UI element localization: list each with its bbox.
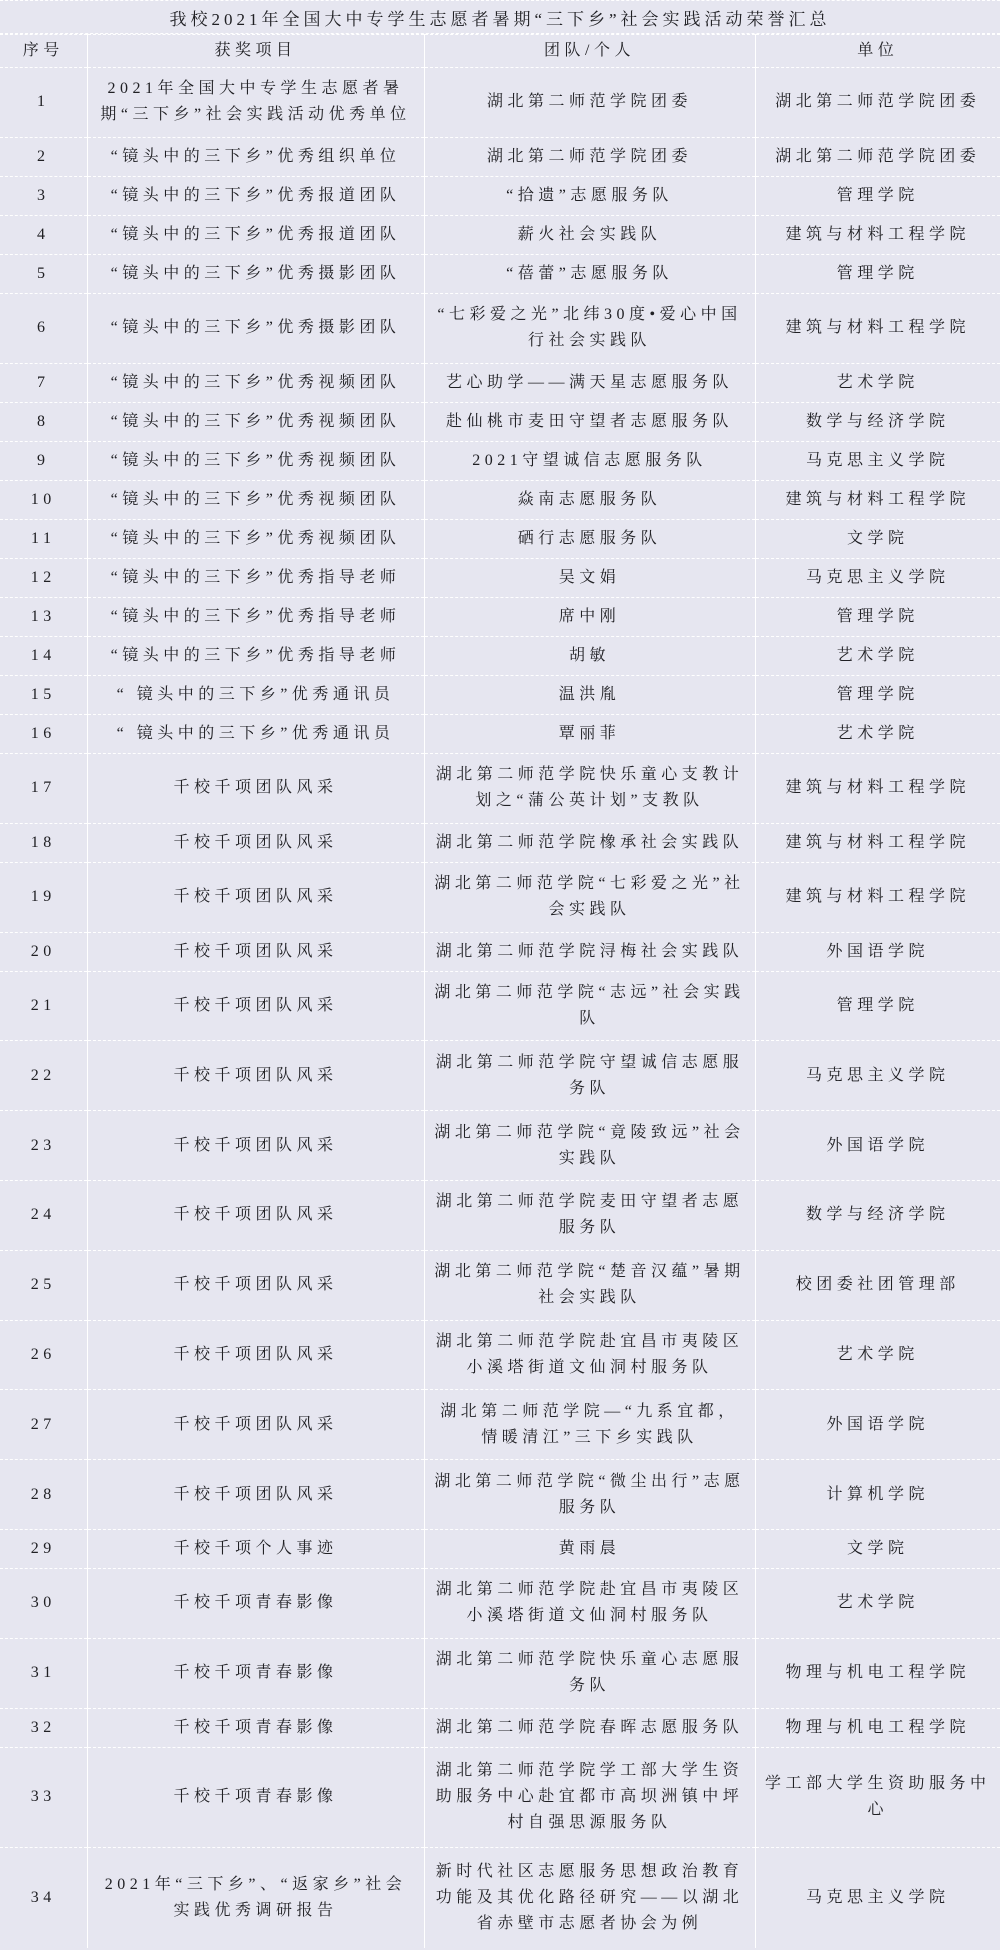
cell-team: 湖北第二师范学院“志远”社会实践队 [424, 971, 755, 1041]
cell-unit: 校团委社团管理部 [755, 1250, 1000, 1320]
page: { "page": { "title": "我校2021年全国大中专学生志愿者暑… [0, 0, 1000, 1950]
cell-seq: 24 [0, 1181, 87, 1251]
cell-unit: 艺术学院 [755, 1569, 1000, 1639]
cell-team: 胡敏 [424, 636, 755, 675]
honors-table: 序号 获奖项目 团队/个人 单位 12021年全国大中专学生志愿者暑期“三下乡”… [0, 34, 1000, 1948]
table-row: 5“镜头中的三下乡”优秀摄影团队“蓓蕾”志愿服务队管理学院 [0, 254, 1000, 293]
page-title: 我校2021年全国大中专学生志愿者暑期“三下乡”社会实践活动荣誉汇总 [0, 0, 1000, 34]
cell-unit: 马克思主义学院 [755, 1041, 1000, 1111]
cell-team: 湖北第二师范学院浔梅社会实践队 [424, 932, 755, 971]
col-header-seq: 序号 [0, 35, 87, 68]
cell-seq: 28 [0, 1460, 87, 1530]
cell-project: 千校千项团队风采 [87, 1390, 424, 1460]
table-row: 19千校千项团队风采湖北第二师范学院“七彩爱之光”社会实践队建筑与材料工程学院 [0, 862, 1000, 932]
cell-unit: 建筑与材料工程学院 [755, 215, 1000, 254]
cell-project: 千校千项青春影像 [87, 1638, 424, 1708]
cell-seq: 31 [0, 1638, 87, 1708]
cell-unit: 外国语学院 [755, 932, 1000, 971]
table-row: 4“镜头中的三下乡”优秀报道团队薪火社会实践队建筑与材料工程学院 [0, 215, 1000, 254]
cell-team: 湖北第二师范学院守望诚信志愿服务队 [424, 1041, 755, 1111]
cell-seq: 2 [0, 137, 87, 176]
cell-project: 千校千项团队风采 [87, 971, 424, 1041]
cell-team: 薪火社会实践队 [424, 215, 755, 254]
cell-project: 千校千项青春影像 [87, 1747, 424, 1848]
cell-unit: 建筑与材料工程学院 [755, 754, 1000, 824]
cell-unit: 建筑与材料工程学院 [755, 293, 1000, 363]
cell-unit: 物理与机电工程学院 [755, 1638, 1000, 1708]
cell-project: 千校千项个人事迹 [87, 1530, 424, 1569]
cell-team: “七彩爱之光”北纬30度•爱心中国行社会实践队 [424, 293, 755, 363]
cell-seq: 21 [0, 971, 87, 1041]
cell-seq: 32 [0, 1708, 87, 1747]
cell-project: “镜头中的三下乡”优秀摄影团队 [87, 254, 424, 293]
cell-unit: 外国语学院 [755, 1390, 1000, 1460]
cell-project: 千校千项团队风采 [87, 1041, 424, 1111]
cell-project: 千校千项团队风采 [87, 932, 424, 971]
cell-unit: 建筑与材料工程学院 [755, 480, 1000, 519]
cell-seq: 15 [0, 675, 87, 714]
table-row: 29千校千项个人事迹黄雨晨文学院 [0, 1530, 1000, 1569]
cell-unit: 建筑与材料工程学院 [755, 862, 1000, 932]
cell-seq: 23 [0, 1111, 87, 1181]
cell-unit: 学工部大学生资助服务中心 [755, 1747, 1000, 1848]
table-row: 11“镜头中的三下乡”优秀视频团队硒行志愿服务队文学院 [0, 519, 1000, 558]
cell-unit: 马克思主义学院 [755, 1848, 1000, 1948]
table-row: 10“镜头中的三下乡”优秀视频团队焱南志愿服务队建筑与材料工程学院 [0, 480, 1000, 519]
col-header-project: 获奖项目 [87, 35, 424, 68]
cell-project: 千校千项团队风采 [87, 754, 424, 824]
cell-team: 新时代社区志愿服务思想政治教育功能及其优化路径研究——以湖北省赤壁市志愿者协会为… [424, 1848, 755, 1948]
table-row: 15“ 镜头中的三下乡”优秀通讯员温洪胤管理学院 [0, 675, 1000, 714]
cell-team: 吴文娟 [424, 558, 755, 597]
cell-seq: 4 [0, 215, 87, 254]
cell-seq: 12 [0, 558, 87, 597]
cell-seq: 14 [0, 636, 87, 675]
cell-project: 千校千项青春影像 [87, 1569, 424, 1639]
table-row: 30千校千项青春影像湖北第二师范学院赴宜昌市夷陵区小溪塔街道文仙洞村服务队艺术学… [0, 1569, 1000, 1639]
cell-unit: 湖北第二师范学院团委 [755, 137, 1000, 176]
cell-seq: 25 [0, 1250, 87, 1320]
cell-seq: 22 [0, 1041, 87, 1111]
cell-project: “镜头中的三下乡”优秀组织单位 [87, 137, 424, 176]
cell-seq: 27 [0, 1390, 87, 1460]
cell-project: 2021年全国大中专学生志愿者暑期“三下乡”社会实践活动优秀单位 [87, 68, 424, 138]
cell-team: 湖北第二师范学院赴宜昌市夷陵区小溪塔街道文仙洞村服务队 [424, 1320, 755, 1390]
cell-team: 覃丽菲 [424, 715, 755, 754]
cell-team: 赴仙桃市麦田守望者志愿服务队 [424, 402, 755, 441]
cell-seq: 8 [0, 402, 87, 441]
cell-unit: 物理与机电工程学院 [755, 1708, 1000, 1747]
cell-unit: 管理学院 [755, 176, 1000, 215]
table-row: 14“镜头中的三下乡”优秀指导老师胡敏艺术学院 [0, 636, 1000, 675]
cell-project: “镜头中的三下乡”优秀视频团队 [87, 480, 424, 519]
cell-project: 千校千项团队风采 [87, 1320, 424, 1390]
cell-unit: 管理学院 [755, 675, 1000, 714]
table-row: 28千校千项团队风采湖北第二师范学院“微尘出行”志愿服务队计算机学院 [0, 1460, 1000, 1530]
col-header-team: 团队/个人 [424, 35, 755, 68]
cell-project: “镜头中的三下乡”优秀视频团队 [87, 402, 424, 441]
table-row: 8“镜头中的三下乡”优秀视频团队赴仙桃市麦田守望者志愿服务队数学与经济学院 [0, 402, 1000, 441]
cell-seq: 29 [0, 1530, 87, 1569]
table-row: 20千校千项团队风采湖北第二师范学院浔梅社会实践队外国语学院 [0, 932, 1000, 971]
cell-project: 千校千项团队风采 [87, 823, 424, 862]
cell-project: “镜头中的三下乡”优秀摄影团队 [87, 293, 424, 363]
table-row: 7“镜头中的三下乡”优秀视频团队艺心助学——满天星志愿服务队艺术学院 [0, 363, 1000, 402]
cell-project: 千校千项团队风采 [87, 1181, 424, 1251]
cell-team: 湖北第二师范学院麦田守望者志愿服务队 [424, 1181, 755, 1251]
cell-unit: 文学院 [755, 519, 1000, 558]
table-header: 序号 获奖项目 团队/个人 单位 [0, 35, 1000, 68]
table-row: 25千校千项团队风采湖北第二师范学院“楚音汉蕴”暑期社会实践队校团委社团管理部 [0, 1250, 1000, 1320]
cell-project: 千校千项团队风采 [87, 1111, 424, 1181]
cell-project: 2021年“三下乡”、“返家乡”社会实践优秀调研报告 [87, 1848, 424, 1948]
table-row: 17千校千项团队风采湖北第二师范学院快乐童心支教计划之“蒲公英计划”支教队建筑与… [0, 754, 1000, 824]
cell-team: 湖北第二师范学院快乐童心志愿服务队 [424, 1638, 755, 1708]
cell-team: 席中刚 [424, 597, 755, 636]
cell-team: 湖北第二师范学院春晖志愿服务队 [424, 1708, 755, 1747]
cell-unit: 马克思主义学院 [755, 441, 1000, 480]
cell-seq: 34 [0, 1848, 87, 1948]
cell-project: “ 镜头中的三下乡”优秀通讯员 [87, 715, 424, 754]
cell-project: “镜头中的三下乡”优秀视频团队 [87, 519, 424, 558]
cell-project: 千校千项团队风采 [87, 1250, 424, 1320]
cell-unit: 艺术学院 [755, 1320, 1000, 1390]
table-row: 12021年全国大中专学生志愿者暑期“三下乡”社会实践活动优秀单位湖北第二师范学… [0, 68, 1000, 138]
cell-team: 湖北第二师范学院快乐童心支教计划之“蒲公英计划”支教队 [424, 754, 755, 824]
cell-project: “镜头中的三下乡”优秀报道团队 [87, 176, 424, 215]
cell-unit: 文学院 [755, 1530, 1000, 1569]
table-row: 26千校千项团队风采湖北第二师范学院赴宜昌市夷陵区小溪塔街道文仙洞村服务队艺术学… [0, 1320, 1000, 1390]
cell-team: 湖北第二师范学院团委 [424, 137, 755, 176]
table-row: 21千校千项团队风采湖北第二师范学院“志远”社会实践队管理学院 [0, 971, 1000, 1041]
table-row: 16“ 镜头中的三下乡”优秀通讯员覃丽菲艺术学院 [0, 715, 1000, 754]
cell-team: 湖北第二师范学院“微尘出行”志愿服务队 [424, 1460, 755, 1530]
table-row: 9“镜头中的三下乡”优秀视频团队2021守望诚信志愿服务队马克思主义学院 [0, 441, 1000, 480]
table-row: 27千校千项团队风采湖北第二师范学院—“九系宜都，情暖清江”三下乡实践队外国语学… [0, 1390, 1000, 1460]
cell-project: “镜头中的三下乡”优秀指导老师 [87, 597, 424, 636]
cell-seq: 6 [0, 293, 87, 363]
cell-team: 湖北第二师范学院“七彩爱之光”社会实践队 [424, 862, 755, 932]
cell-project: “镜头中的三下乡”优秀报道团队 [87, 215, 424, 254]
cell-team: “拾遗”志愿服务队 [424, 176, 755, 215]
table-row: 6“镜头中的三下乡”优秀摄影团队“七彩爱之光”北纬30度•爱心中国行社会实践队建… [0, 293, 1000, 363]
cell-project: 千校千项团队风采 [87, 862, 424, 932]
cell-team: 2021守望诚信志愿服务队 [424, 441, 755, 480]
cell-seq: 13 [0, 597, 87, 636]
cell-team: 艺心助学——满天星志愿服务队 [424, 363, 755, 402]
cell-seq: 3 [0, 176, 87, 215]
cell-seq: 10 [0, 480, 87, 519]
table-row: 23千校千项团队风采湖北第二师范学院“竟陵致远”社会实践队外国语学院 [0, 1111, 1000, 1181]
cell-team: 湖北第二师范学院“楚音汉蕴”暑期社会实践队 [424, 1250, 755, 1320]
cell-unit: 艺术学院 [755, 363, 1000, 402]
cell-seq: 16 [0, 715, 87, 754]
cell-unit: 湖北第二师范学院团委 [755, 68, 1000, 138]
cell-project: “镜头中的三下乡”优秀指导老师 [87, 558, 424, 597]
cell-team: 湖北第二师范学院赴宜昌市夷陵区小溪塔街道文仙洞村服务队 [424, 1569, 755, 1639]
cell-project: “ 镜头中的三下乡”优秀通讯员 [87, 675, 424, 714]
cell-unit: 艺术学院 [755, 715, 1000, 754]
table-body: 12021年全国大中专学生志愿者暑期“三下乡”社会实践活动优秀单位湖北第二师范学… [0, 68, 1000, 1949]
cell-unit: 数学与经济学院 [755, 402, 1000, 441]
cell-project: “镜头中的三下乡”优秀视频团队 [87, 441, 424, 480]
table-row: 31千校千项青春影像湖北第二师范学院快乐童心志愿服务队物理与机电工程学院 [0, 1638, 1000, 1708]
cell-project: “镜头中的三下乡”优秀视频团队 [87, 363, 424, 402]
cell-unit: 建筑与材料工程学院 [755, 823, 1000, 862]
cell-seq: 5 [0, 254, 87, 293]
table-row: 22千校千项团队风采湖北第二师范学院守望诚信志愿服务队马克思主义学院 [0, 1041, 1000, 1111]
cell-seq: 9 [0, 441, 87, 480]
cell-project: “镜头中的三下乡”优秀指导老师 [87, 636, 424, 675]
cell-team: “蓓蕾”志愿服务队 [424, 254, 755, 293]
cell-team: 温洪胤 [424, 675, 755, 714]
cell-seq: 17 [0, 754, 87, 824]
cell-seq: 33 [0, 1747, 87, 1848]
table-row: 12“镜头中的三下乡”优秀指导老师吴文娟马克思主义学院 [0, 558, 1000, 597]
table-row: 33千校千项青春影像湖北第二师范学院学工部大学生资助服务中心赴宜都市高坝洲镇中坪… [0, 1747, 1000, 1848]
table-row: 24千校千项团队风采湖北第二师范学院麦田守望者志愿服务队数学与经济学院 [0, 1181, 1000, 1251]
cell-unit: 外国语学院 [755, 1111, 1000, 1181]
table-row: 3“镜头中的三下乡”优秀报道团队“拾遗”志愿服务队管理学院 [0, 176, 1000, 215]
table-row: 13“镜头中的三下乡”优秀指导老师席中刚管理学院 [0, 597, 1000, 636]
cell-seq: 18 [0, 823, 87, 862]
cell-team: 湖北第二师范学院团委 [424, 68, 755, 138]
cell-team: 湖北第二师范学院—“九系宜都，情暖清江”三下乡实践队 [424, 1390, 755, 1460]
cell-unit: 管理学院 [755, 597, 1000, 636]
cell-seq: 11 [0, 519, 87, 558]
cell-seq: 1 [0, 68, 87, 138]
cell-seq: 26 [0, 1320, 87, 1390]
cell-team: 黄雨晨 [424, 1530, 755, 1569]
table-row: 342021年“三下乡”、“返家乡”社会实践优秀调研报告新时代社区志愿服务思想政… [0, 1848, 1000, 1948]
col-header-unit: 单位 [755, 35, 1000, 68]
cell-team: 焱南志愿服务队 [424, 480, 755, 519]
cell-seq: 30 [0, 1569, 87, 1639]
cell-seq: 20 [0, 932, 87, 971]
cell-unit: 管理学院 [755, 971, 1000, 1041]
cell-team: 湖北第二师范学院橡承社会实践队 [424, 823, 755, 862]
cell-seq: 7 [0, 363, 87, 402]
table-row: 2“镜头中的三下乡”优秀组织单位湖北第二师范学院团委湖北第二师范学院团委 [0, 137, 1000, 176]
cell-team: 硒行志愿服务队 [424, 519, 755, 558]
cell-unit: 计算机学院 [755, 1460, 1000, 1530]
table-row: 18千校千项团队风采湖北第二师范学院橡承社会实践队建筑与材料工程学院 [0, 823, 1000, 862]
cell-unit: 艺术学院 [755, 636, 1000, 675]
table-row: 32千校千项青春影像湖北第二师范学院春晖志愿服务队物理与机电工程学院 [0, 1708, 1000, 1747]
cell-project: 千校千项团队风采 [87, 1460, 424, 1530]
cell-unit: 马克思主义学院 [755, 558, 1000, 597]
cell-project: 千校千项青春影像 [87, 1708, 424, 1747]
header-row: 序号 获奖项目 团队/个人 单位 [0, 35, 1000, 68]
cell-unit: 管理学院 [755, 254, 1000, 293]
cell-seq: 19 [0, 862, 87, 932]
cell-team: 湖北第二师范学院学工部大学生资助服务中心赴宜都市高坝洲镇中坪村自强思源服务队 [424, 1747, 755, 1848]
cell-team: 湖北第二师范学院“竟陵致远”社会实践队 [424, 1111, 755, 1181]
cell-unit: 数学与经济学院 [755, 1181, 1000, 1251]
